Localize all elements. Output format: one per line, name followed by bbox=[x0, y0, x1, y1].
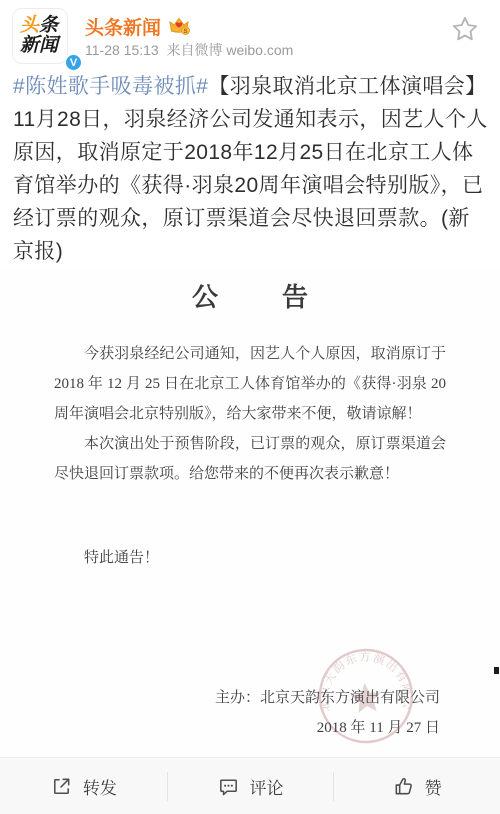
hashtag-link[interactable]: #陈姓歌手吸毒被抓# bbox=[13, 75, 208, 98]
like-button[interactable]: 赞 bbox=[333, 758, 500, 814]
announcement-image[interactable]: 公告 今获羽泉经纪公司通知，因艺人个人原因，取消原订于 2018 年 12 月 … bbox=[0, 268, 500, 757]
post-text: #陈姓歌手吸毒被抓#【羽泉取消北京工体演唱会】11月28日，羽泉经济公司发通知表… bbox=[13, 70, 488, 268]
avatar-text-line1: 头条 bbox=[20, 16, 67, 36]
repost-label: 转发 bbox=[83, 774, 117, 799]
repost-button[interactable]: 转发 bbox=[0, 758, 167, 814]
post-body-text: 【羽泉取消北京工体演唱会】11月28日，羽泉经济公司发通知表示，因艺人个人原因，… bbox=[13, 75, 488, 263]
post-meta: 11-28 15:13 来自微博 weibo.com bbox=[85, 40, 293, 60]
timestamp: 11-28 15:13 bbox=[85, 42, 159, 58]
favorite-star-icon[interactable] bbox=[450, 14, 480, 44]
post-header: 头条 新闻 V 头条新闻 S 11-28 15:13 来自微博 weibo.co… bbox=[0, 0, 500, 64]
svg-text:S: S bbox=[183, 29, 187, 35]
comment-button[interactable]: 评论 bbox=[167, 758, 334, 814]
comment-icon bbox=[217, 775, 240, 798]
notice-title: 公告 bbox=[0, 282, 500, 313]
organizer-line: 主办：北京天韵东方演出有限公司 bbox=[0, 683, 440, 713]
source-label: 来自微博 weibo.com bbox=[166, 42, 293, 58]
repost-icon bbox=[50, 775, 73, 798]
image-artifact bbox=[494, 667, 499, 674]
account-name[interactable]: 头条新闻 bbox=[85, 13, 161, 40]
like-label: 赞 bbox=[425, 774, 442, 799]
avatar[interactable]: 头条 新闻 V bbox=[12, 8, 68, 64]
vip-crown-icon: S bbox=[168, 16, 190, 35]
like-icon bbox=[392, 775, 415, 798]
notice-paragraph-2: 本次演出处于预售阶段，已订票的观众，原订票渠道会尽快退回订票款项。给您带来的不便… bbox=[54, 429, 446, 489]
verified-badge-icon: V bbox=[64, 53, 83, 72]
notice-body: 今获羽泉经纪公司通知，因艺人个人原因，取消原订于 2018 年 12 月 25 … bbox=[54, 339, 446, 573]
avatar-text-line2: 新闻 bbox=[20, 36, 67, 56]
date-line: 2018 年 11 月 27 日 bbox=[0, 713, 440, 743]
notice-paragraph-1: 今获羽泉经纪公司通知，因艺人个人原因，取消原订于 2018 年 12 月 25 … bbox=[54, 339, 446, 429]
weibo-post-card: 头条 新闻 V 头条新闻 S 11-28 15:13 来自微博 weibo.co… bbox=[0, 0, 500, 814]
comment-label: 评论 bbox=[250, 774, 284, 799]
notice-closing: 特此通告！ bbox=[54, 543, 446, 573]
notice-signature: 主办：北京天韵东方演出有限公司 2018 年 11 月 27 日 bbox=[0, 683, 500, 743]
action-bar: 转发 评论 赞 bbox=[0, 757, 500, 814]
